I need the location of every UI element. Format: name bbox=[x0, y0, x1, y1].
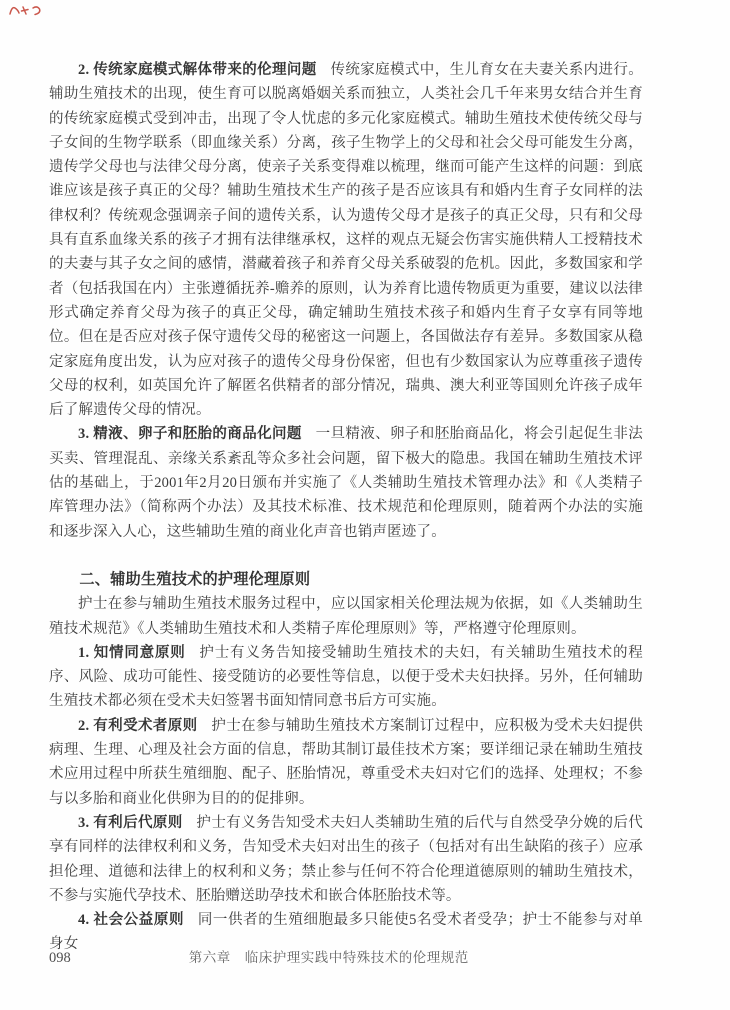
paragraph-text: 传统家庭模式中，生儿育女在夫妻关系内进行。辅助生殖技术的出现，使生育可以脱离婚姻… bbox=[49, 62, 643, 418]
principle-label: 4. 社会公益原则 bbox=[78, 912, 184, 928]
paragraph-text: 一旦精液、卵子和胚胎商品化，将会引起促生非法买卖、管理混乱、亲缘关系紊乱等众多社… bbox=[49, 426, 643, 539]
principle-benefit-patient: 2. 有利受术者原则护士在参与辅助生殖技术方案制订过程中，应积极为受术夫妇提供病… bbox=[49, 714, 643, 811]
page-footer: 098 第六章 临床护理实践中特殊技术的伦理规范 bbox=[49, 946, 643, 967]
paragraph-label: 3. 精液、卵子和胚胎的商品化问题 bbox=[78, 426, 302, 442]
chapter-title: 第六章 临床护理实践中特殊技术的伦理规范 bbox=[189, 946, 469, 966]
paragraph-traditional-family: 2. 传统家庭模式解体带来的伦理问题传统家庭模式中，生儿育女在夫妻关系内进行。辅… bbox=[49, 58, 643, 422]
principle-label: 2. 有利受术者原则 bbox=[78, 718, 198, 734]
principle-label: 1. 知情同意原则 bbox=[78, 645, 186, 661]
red-stamp-marks-icon bbox=[7, 4, 45, 18]
principle-informed-consent: 1. 知情同意原则护士有义务告知接受辅助生殖技术的夫妇，有关辅助生殖技术的程序、… bbox=[49, 641, 643, 714]
page-number: 098 bbox=[49, 950, 71, 967]
page-body: 2. 传统家庭模式解体带来的伦理问题传统家庭模式中，生儿育女在夫妻关系内进行。辅… bbox=[49, 58, 643, 957]
section-intro: 护士在参与辅助生殖技术服务过程中，应以国家相关伦理法规为依据，如《人类辅助生殖技… bbox=[49, 592, 643, 641]
section-heading: 二、辅助生殖技术的护理伦理原则 bbox=[49, 568, 643, 592]
principle-label: 3. 有利后代原则 bbox=[78, 815, 183, 831]
principle-benefit-offspring: 3. 有利后代原则护士有义务告知受术夫妇人类辅助生殖的后代与自然受孕分娩的后代享… bbox=[49, 811, 643, 908]
paragraph-commercialization: 3. 精液、卵子和胚胎的商品化问题一旦精液、卵子和胚胎商品化，将会引起促生非法买… bbox=[49, 422, 643, 543]
paragraph-label: 2. 传统家庭模式解体带来的伦理问题 bbox=[78, 62, 317, 78]
book-page: 2. 传统家庭模式解体带来的伦理问题传统家庭模式中，生儿育女在夫妻关系内进行。辅… bbox=[0, 0, 730, 1010]
